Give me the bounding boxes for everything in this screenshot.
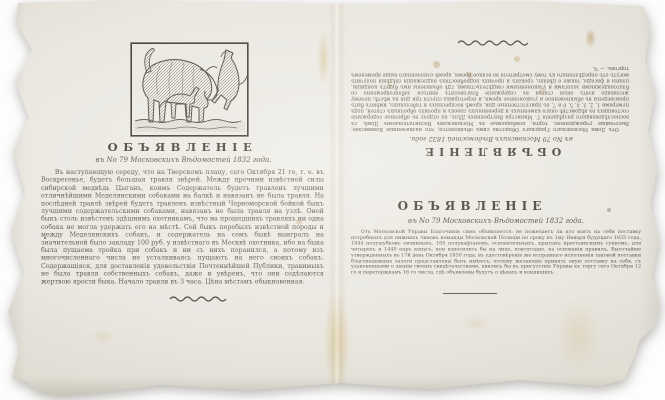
woodcut-bull-baiting-icon <box>130 42 249 138</box>
right-announcement-subheading: въ No 79 Московскихъ Вѣдомостей 1832 год… <box>352 217 640 225</box>
squiggle-rule-icon <box>169 295 227 302</box>
foxing-spot <box>90 330 116 344</box>
foxing-spot <box>556 298 600 372</box>
ink-speck <box>14 196 17 199</box>
left-announcement-body-wrap: Въ наступающую середу, что на Тверскомъ … <box>41 169 324 301</box>
right-announcement-heading: ОБЪЯВЛЕНІЕ <box>352 199 592 213</box>
inverted-announcement-body: Отъ Дома Московскаго Градскаго Общества … <box>351 65 629 132</box>
inverted-announcement-block: ОБЪЯВЛЕНІЕ въ No 79 Московскихъ Вѣдомост… <box>352 36 630 162</box>
inverted-announcement-heading: ОБЪЯВЛЕНІЕ <box>352 145 630 158</box>
scanned-document-photo: ОБЪЯВЛЕНІЕ въ No 79 Московскихъ Вѣдомост… <box>0 0 665 400</box>
paper-sheet: ОБЪЯВЛЕНІЕ въ No 79 Московскихъ Вѣдомост… <box>0 0 665 400</box>
inverted-announcement-body-wrap: Отъ Дома Московскаго Градскаго Общества … <box>352 46 629 132</box>
right-announcement-body-wrap: Отъ Московской Управы Благочинія симъ об… <box>351 229 641 291</box>
right-announcement-body: Отъ Московской Управы Благочинія симъ об… <box>351 229 641 276</box>
squiggle-rule-icon <box>453 40 529 47</box>
bull-baiting-woodcut-engraving <box>130 42 249 138</box>
center-fold-crease <box>328 0 346 400</box>
ink-speck <box>607 208 611 212</box>
left-announcement-subheading: въ No 79 Московскихъ Вѣдомостей 1832 год… <box>42 156 325 164</box>
plain-rule <box>443 293 497 294</box>
left-announcement-heading: ОБЪЯВЛЕНІЕ <box>55 140 310 154</box>
left-announcement-body: Въ наступающую середу, что на Тверскомъ … <box>41 169 324 286</box>
paper-shadow-wrap: ОБЪЯВЛЕНІЕ въ No 79 Московскихъ Вѣдомост… <box>0 0 665 400</box>
foxing-spot <box>462 315 492 331</box>
inverted-announcement-subheading: въ No 79 Московскихъ Вѣдомостей 1832 год… <box>352 135 630 143</box>
